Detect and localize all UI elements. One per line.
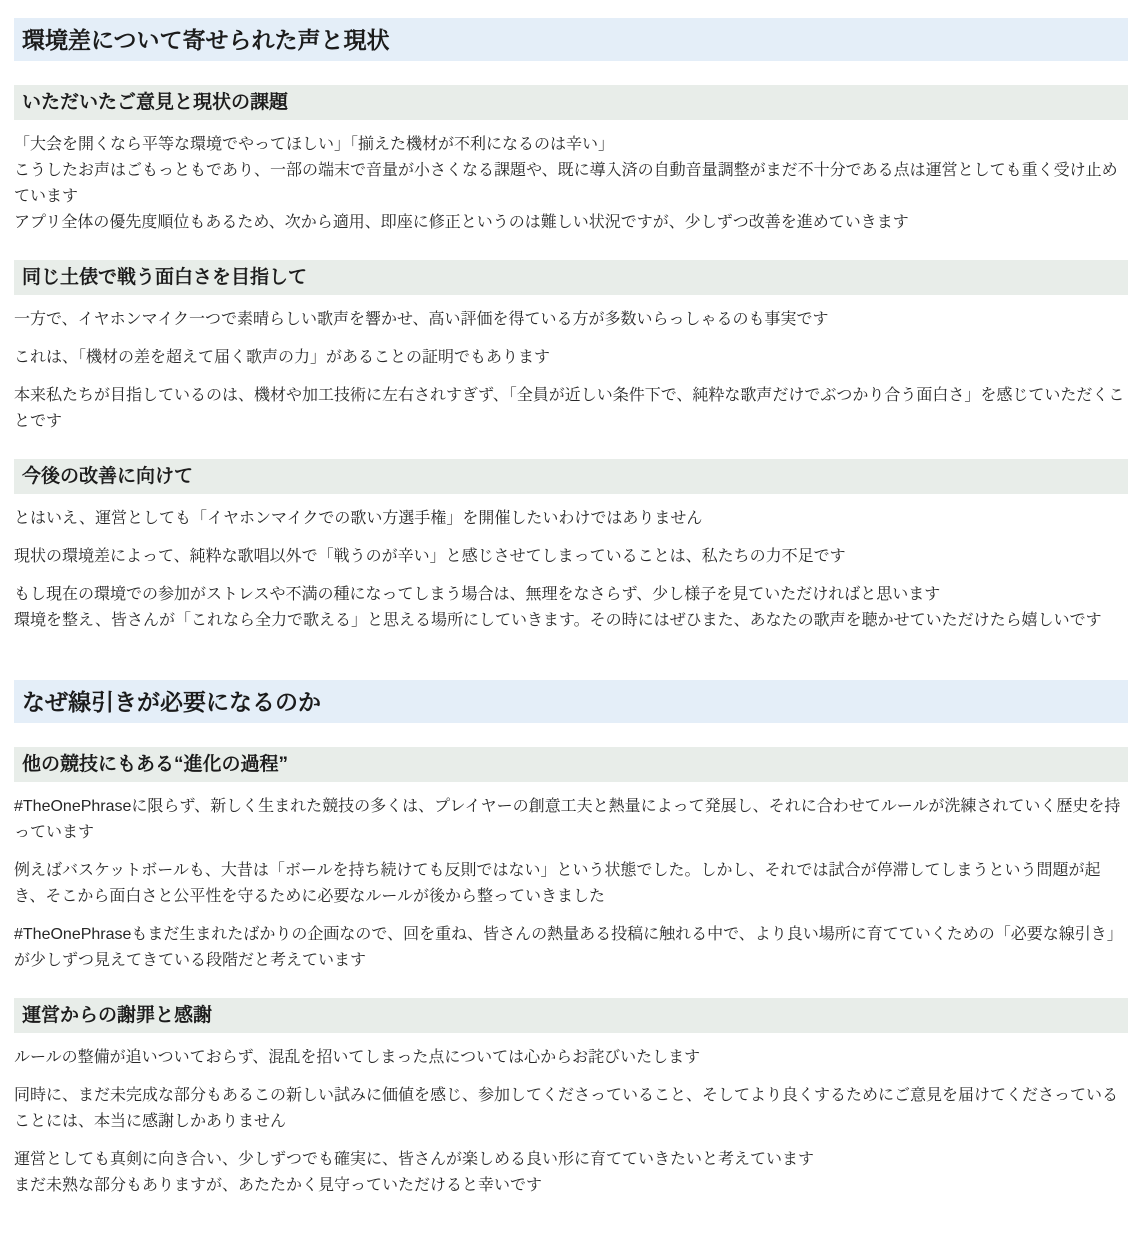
paragraph-line: もし現在の環境での参加がストレスや不満の種になってしまう場合は、無理をなさらず、… (14, 582, 1128, 608)
paragraph-line: #TheOnePhraseに限らず、新しく生まれた競技の多くは、プレイヤーの創意… (14, 794, 1128, 846)
paragraph-line: 現状の環境差によって、純粋な歌唱以外で「戦うのが辛い」と感じさせてしまっているこ… (14, 544, 1128, 570)
paragraph: 同時に、まだ未完成な部分もあるこの新しい試みに価値を感じ、参加してくださっている… (14, 1083, 1128, 1135)
paragraph: 本来私たちが目指しているのは、機材や加工技術に左右されすぎず、「全員が近しい条件… (14, 383, 1128, 435)
paragraph: これは、「機材の差を超えて届く歌声の力」があることの証明でもあります (14, 345, 1128, 371)
section-heading-same-ring: 同じ土俵で戦う面白さを目指して (14, 260, 1128, 295)
paragraph-line: 例えばバスケットボールも、大昔は「ボールを持ち続けても反則ではない」という状態で… (14, 858, 1128, 910)
paragraph-line: 環境を整え、皆さんが「これなら全力で歌える」と思える場所にしていきます。その時に… (14, 608, 1128, 634)
paragraph-line: 運営としても真剣に向き合い、少しずつでも確実に、皆さんが楽しめる良い形に育ててい… (14, 1147, 1128, 1173)
paragraph-line: 同時に、まだ未完成な部分もあるこの新しい試みに価値を感じ、参加してくださっている… (14, 1083, 1128, 1135)
paragraph: もし現在の環境での参加がストレスや不満の種になってしまう場合は、無理をなさらず、… (14, 582, 1128, 634)
paragraph-line: #TheOnePhraseもまだ生まれたばかりの企画なので、回を重ね、皆さんの熱… (14, 922, 1128, 974)
paragraph-line: 「大会を開くなら平等な環境でやってほしい」「揃えた機材が不利になるのは辛い」 (14, 132, 1128, 158)
paragraph: 「大会を開くなら平等な環境でやってほしい」「揃えた機材が不利になるのは辛い」 こ… (14, 132, 1128, 236)
paragraph-line: これは、「機材の差を超えて届く歌声の力」があることの証明でもあります (14, 345, 1128, 371)
paragraph-line: ルールの整備が追いついておらず、混乱を招いてしまった点については心からお詫びいた… (14, 1045, 1128, 1071)
paragraph: #TheOnePhraseに限らず、新しく生まれた競技の多くは、プレイヤーの創意… (14, 794, 1128, 846)
paragraph-line: とはいえ、運営としても「イヤホンマイクでの歌い方選手権」を開催したいわけではあり… (14, 506, 1128, 532)
document: 環境差について寄せられた声と現状 いただいたご意見と現状の課題 「大会を開くなら… (0, 0, 1140, 1241)
section-heading-future-improvement: 今後の改善に向けて (14, 459, 1128, 494)
paragraph-line: まだ未熟な部分もありますが、あたたかく見守っていただけると幸いです (14, 1173, 1128, 1199)
paragraph-line: こうしたお声はごもっともであり、一部の端末で音量が小さくなる課題や、既に導入済の… (14, 158, 1128, 210)
paragraph: 運営としても真剣に向き合い、少しずつでも確実に、皆さんが楽しめる良い形に育ててい… (14, 1147, 1128, 1199)
paragraph: #TheOnePhraseもまだ生まれたばかりの企画なので、回を重ね、皆さんの熱… (14, 922, 1128, 974)
paragraph: 例えばバスケットボールも、大昔は「ボールを持ち続けても反則ではない」という状態で… (14, 858, 1128, 910)
section-heading-apology-gratitude: 運営からの謝罪と感謝 (14, 998, 1128, 1033)
paragraph-line: 本来私たちが目指しているのは、機材や加工技術に左右されすぎず、「全員が近しい条件… (14, 383, 1128, 435)
paragraph: ルールの整備が追いついておらず、混乱を招いてしまった点については心からお詫びいた… (14, 1045, 1128, 1071)
paragraph-line: 一方で、イヤホンマイク一つで素晴らしい歌声を響かせ、高い評価を得ている方が多数い… (14, 307, 1128, 333)
section-heading-evolution-process: 他の競技にもある“進化の過程” (14, 747, 1128, 782)
paragraph: とはいえ、運営としても「イヤホンマイクでの歌い方選手権」を開催したいわけではあり… (14, 506, 1128, 532)
section-heading-environment-voices: 環境差について寄せられた声と現状 (14, 18, 1128, 61)
paragraph: 現状の環境差によって、純粋な歌唱以外で「戦うのが辛い」と感じさせてしまっているこ… (14, 544, 1128, 570)
paragraph: 一方で、イヤホンマイク一つで素晴らしい歌声を響かせ、高い評価を得ている方が多数い… (14, 307, 1128, 333)
section-heading-feedback-issues: いただいたご意見と現状の課題 (14, 85, 1128, 120)
section-heading-why-line-drawing: なぜ線引きが必要になるのか (14, 680, 1128, 723)
paragraph-line: アプリ全体の優先度順位もあるため、次から適用、即座に修正というのは難しい状況です… (14, 210, 1128, 236)
